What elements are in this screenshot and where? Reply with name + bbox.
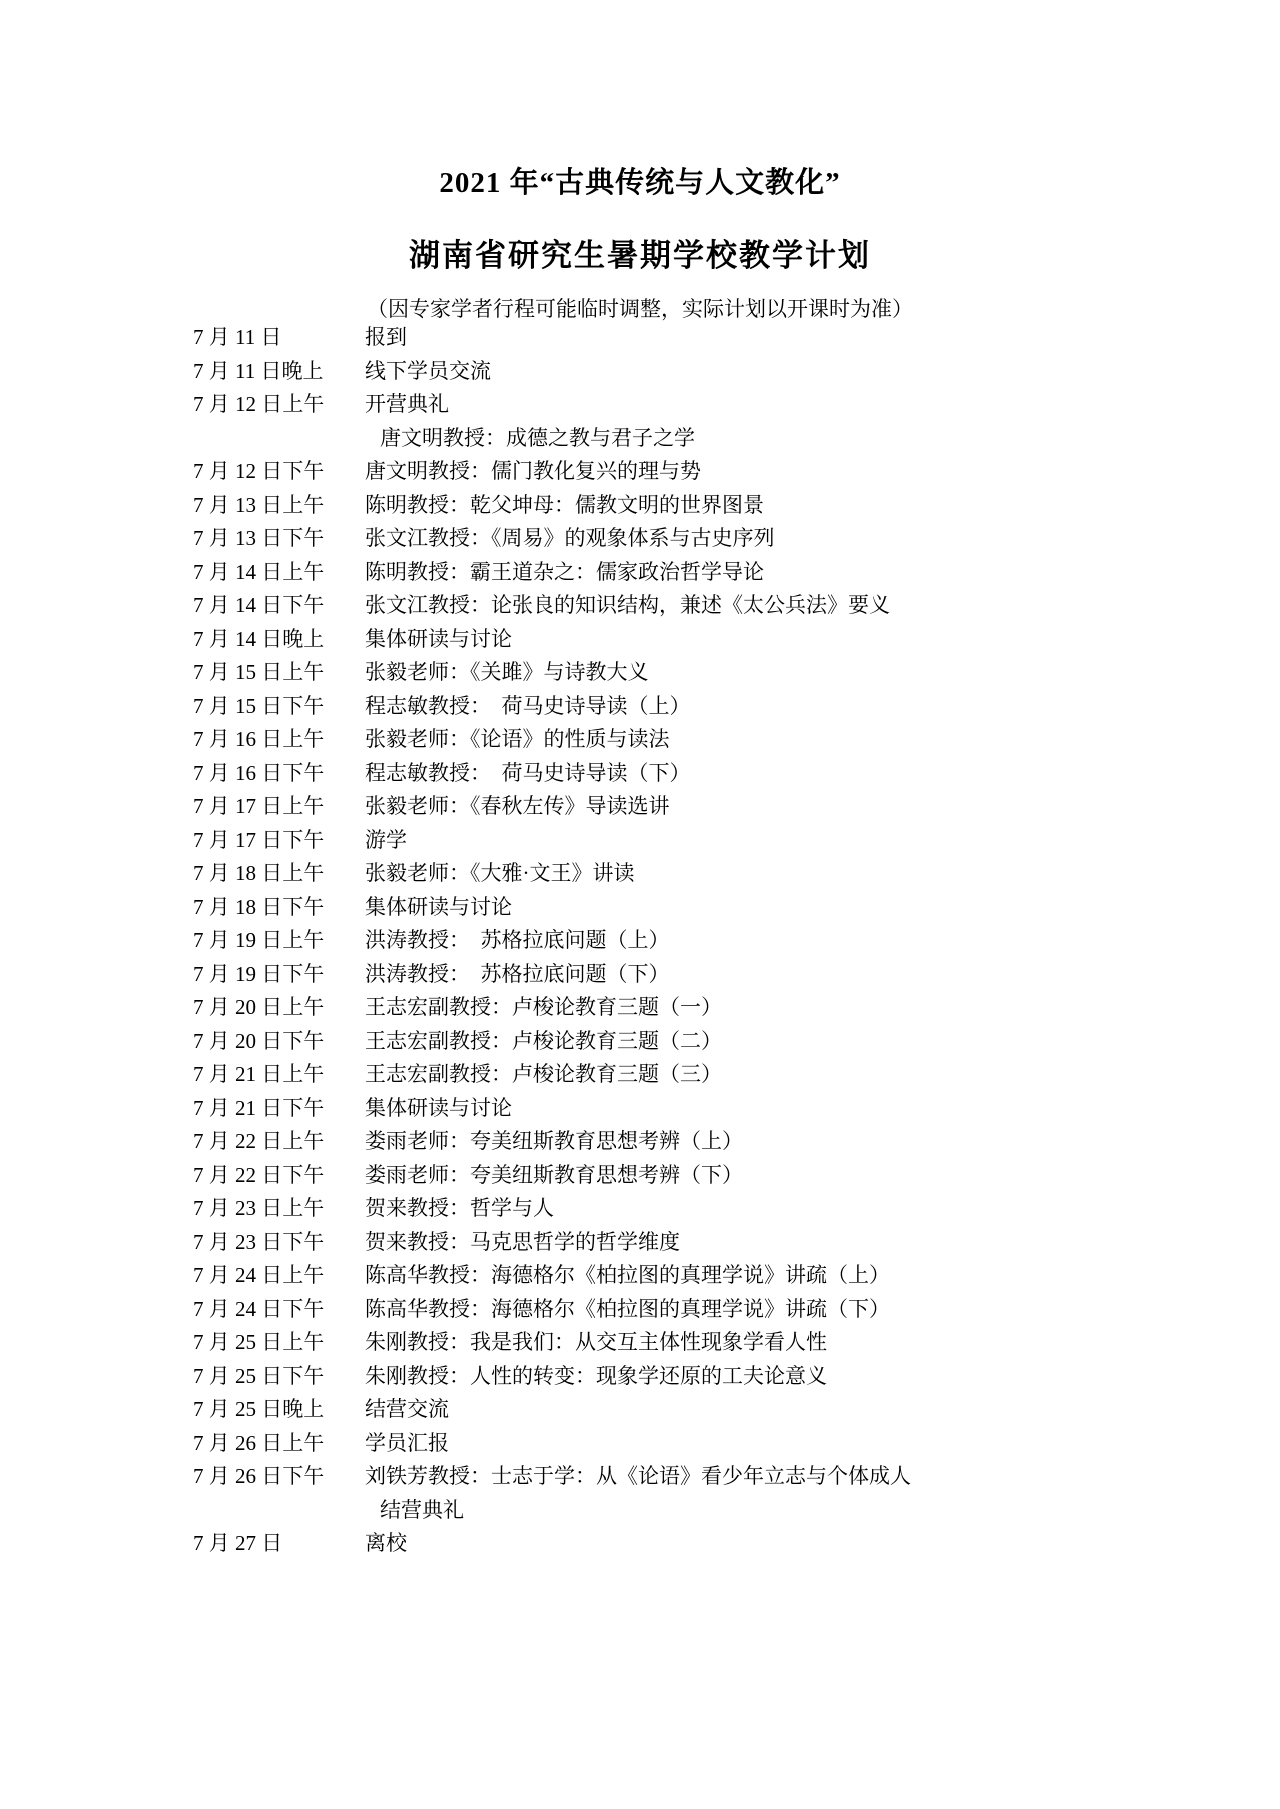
row-date [193,422,365,456]
row-date: 7 月 13 日上午 [193,489,365,523]
row-date: 7 月 22 日上午 [193,1125,365,1159]
row-date: 7 月 11 日晚上 [193,355,365,389]
row-activity: 唐文明教授：成德之教与君子之学 [365,422,695,456]
row-activity: 唐文明教授：儒门教化复兴的理与势 [365,455,701,489]
row-activity: 开营典礼 [365,388,449,422]
row-date: 7 月 16 日上午 [193,723,365,757]
row-date: 7 月 11 日 [193,321,365,355]
schedule-row: 7 月 25 日晚上结营交流 [0,1393,1280,1427]
row-date: 7 月 18 日下午 [193,891,365,925]
row-date: 7 月 21 日上午 [193,1058,365,1092]
row-date: 7 月 26 日上午 [193,1427,365,1461]
row-date: 7 月 15 日上午 [193,656,365,690]
row-date: 7 月 23 日上午 [193,1192,365,1226]
row-date: 7 月 18 日上午 [193,857,365,891]
row-activity: 游学 [365,824,407,858]
schedule-row: 7 月 22 日下午娄雨老师：夸美纽斯教育思想考辨（下） [0,1159,1280,1193]
row-date: 7 月 27 日 [193,1527,365,1561]
row-date: 7 月 25 日下午 [193,1360,365,1394]
schedule-row: 7 月 19 日下午洪涛教授： 苏格拉底问题（下） [0,958,1280,992]
row-activity: 朱刚教授：人性的转变：现象学还原的工夫论意义 [365,1360,827,1394]
schedule-row: 7 月 25 日下午朱刚教授：人性的转变：现象学还原的工夫论意义 [0,1360,1280,1394]
row-activity: 张文江教授：论张良的知识结构，兼述《太公兵法》要义 [365,589,890,623]
row-date: 7 月 14 日上午 [193,556,365,590]
schedule-row: 7 月 11 日晚上线下学员交流 [0,355,1280,389]
row-activity: 离校 [365,1527,407,1561]
schedule-row: 7 月 17 日上午张毅老师：《春秋左传》导读选讲 [0,790,1280,824]
row-activity: 张毅老师：《关雎》与诗教大义 [365,656,649,690]
row-date: 7 月 25 日上午 [193,1326,365,1360]
row-date: 7 月 17 日上午 [193,790,365,824]
schedule-row: 7 月 24 日上午陈高华教授：海德格尔《柏拉图的真理学说》讲疏（上） [0,1259,1280,1293]
row-activity: 程志敏教授： 荷马史诗导读（下） [365,757,691,791]
schedule-row: 7 月 20 日上午王志宏副教授：卢梭论教育三题（一） [0,991,1280,1025]
schedule-row: 7 月 13 日下午张文江教授：《周易》的观象体系与古史序列 [0,522,1280,556]
row-activity: 结营典礼 [365,1494,464,1528]
row-date: 7 月 17 日下午 [193,824,365,858]
row-date: 7 月 22 日下午 [193,1159,365,1193]
schedule-row: 7 月 25 日上午朱刚教授：我是我们：从交互主体性现象学看人性 [0,1326,1280,1360]
schedule-row: 唐文明教授：成德之教与君子之学 [0,422,1280,456]
schedule-row: 7 月 26 日下午刘铁芳教授：士志于学：从《论语》看少年立志与个体成人 [0,1460,1280,1494]
row-activity: 张毅老师：《论语》的性质与读法 [365,723,670,757]
schedule-row: 7 月 14 日晚上集体研读与讨论 [0,623,1280,657]
row-date: 7 月 14 日晚上 [193,623,365,657]
row-activity: 集体研读与讨论 [365,891,512,925]
row-date: 7 月 24 日下午 [193,1293,365,1327]
page-title: 2021 年“古典传统与人文教化” [0,160,1280,201]
document-page: 2021 年“古典传统与人文教化” 湖南省研究生暑期学校教学计划 （因专家学者行… [0,0,1280,1809]
row-activity: 刘铁芳教授：士志于学：从《论语》看少年立志与个体成人 [365,1460,911,1494]
schedule-row: 7 月 14 日上午陈明教授：霸王道杂之：儒家政治哲学导论 [0,556,1280,590]
schedule-row: 7 月 21 日上午王志宏副教授：卢梭论教育三题（三） [0,1058,1280,1092]
row-activity: 程志敏教授： 荷马史诗导读（上） [365,690,691,724]
row-activity: 陈高华教授：海德格尔《柏拉图的真理学说》讲疏（上） [365,1259,890,1293]
schedule-row: 7 月 24 日下午陈高华教授：海德格尔《柏拉图的真理学说》讲疏（下） [0,1293,1280,1327]
row-date: 7 月 12 日下午 [193,455,365,489]
row-date: 7 月 19 日上午 [193,924,365,958]
row-date: 7 月 12 日上午 [193,388,365,422]
schedule-row: 7 月 11 日报到 [0,321,1280,355]
schedule-row: 7 月 21 日下午集体研读与讨论 [0,1092,1280,1126]
row-activity: 张文江教授：《周易》的观象体系与古史序列 [365,522,775,556]
row-date: 7 月 13 日下午 [193,522,365,556]
row-date: 7 月 25 日晚上 [193,1393,365,1427]
row-activity: 结营交流 [365,1393,449,1427]
row-activity: 张毅老师：《春秋左传》导读选讲 [365,790,670,824]
row-date: 7 月 16 日下午 [193,757,365,791]
row-date [193,1494,365,1528]
schedule-row: 7 月 12 日下午唐文明教授：儒门教化复兴的理与势 [0,455,1280,489]
schedule-row: 7 月 23 日下午贺来教授：马克思哲学的哲学维度 [0,1226,1280,1260]
schedule-row: 7 月 12 日上午开营典礼 [0,388,1280,422]
row-activity: 贺来教授：哲学与人 [365,1192,554,1226]
row-activity: 报到 [365,321,407,355]
schedule-row: 7 月 16 日下午程志敏教授： 荷马史诗导读（下） [0,757,1280,791]
row-activity: 贺来教授：马克思哲学的哲学维度 [365,1226,680,1260]
row-activity: 王志宏副教授：卢梭论教育三题（三） [365,1058,722,1092]
schedule-row: 7 月 15 日下午程志敏教授： 荷马史诗导读（上） [0,690,1280,724]
row-date: 7 月 15 日下午 [193,690,365,724]
schedule-row: 结营典礼 [0,1494,1280,1528]
schedule-list: 7 月 11 日报到7 月 11 日晚上线下学员交流7 月 12 日上午开营典礼… [0,321,1280,1561]
row-activity: 集体研读与讨论 [365,1092,512,1126]
schedule-row: 7 月 13 日上午陈明教授：乾父坤母：儒教文明的世界图景 [0,489,1280,523]
schedule-row: 7 月 16 日上午张毅老师：《论语》的性质与读法 [0,723,1280,757]
schedule-row: 7 月 23 日上午贺来教授：哲学与人 [0,1192,1280,1226]
row-activity: 娄雨老师：夸美纽斯教育思想考辨（上） [365,1125,743,1159]
row-activity: 朱刚教授：我是我们：从交互主体性现象学看人性 [365,1326,827,1360]
row-activity: 王志宏副教授：卢梭论教育三题（二） [365,1025,722,1059]
row-activity: 洪涛教授： 苏格拉底问题（上） [365,924,670,958]
schedule-row: 7 月 18 日下午集体研读与讨论 [0,891,1280,925]
row-date: 7 月 14 日下午 [193,589,365,623]
schedule-row: 7 月 19 日上午洪涛教授： 苏格拉底问题（上） [0,924,1280,958]
row-activity: 集体研读与讨论 [365,623,512,657]
row-activity: 陈明教授：霸王道杂之：儒家政治哲学导论 [365,556,764,590]
schedule-row: 7 月 26 日上午学员汇报 [0,1427,1280,1461]
schedule-disclaimer-note: （因专家学者行程可能临时调整，实际计划以开课时为准） [0,293,1280,323]
row-activity: 洪涛教授： 苏格拉底问题（下） [365,958,670,992]
row-activity: 线下学员交流 [365,355,491,389]
row-activity: 陈高华教授：海德格尔《柏拉图的真理学说》讲疏（下） [365,1293,890,1327]
row-date: 7 月 19 日下午 [193,958,365,992]
row-date: 7 月 24 日上午 [193,1259,365,1293]
row-date: 7 月 26 日下午 [193,1460,365,1494]
row-activity: 陈明教授：乾父坤母：儒教文明的世界图景 [365,489,764,523]
schedule-row: 7 月 22 日上午娄雨老师：夸美纽斯教育思想考辨（上） [0,1125,1280,1159]
row-activity: 娄雨老师：夸美纽斯教育思想考辨（下） [365,1159,743,1193]
schedule-row: 7 月 14 日下午张文江教授：论张良的知识结构，兼述《太公兵法》要义 [0,589,1280,623]
page-subtitle: 湖南省研究生暑期学校教学计划 [0,230,1280,275]
row-date: 7 月 23 日下午 [193,1226,365,1260]
row-date: 7 月 20 日下午 [193,1025,365,1059]
row-date: 7 月 20 日上午 [193,991,365,1025]
row-activity: 张毅老师：《大雅·文王》讲读 [365,857,635,891]
row-activity: 王志宏副教授：卢梭论教育三题（一） [365,991,722,1025]
schedule-row: 7 月 27 日离校 [0,1527,1280,1561]
schedule-row: 7 月 18 日上午张毅老师：《大雅·文王》讲读 [0,857,1280,891]
schedule-row: 7 月 20 日下午王志宏副教授：卢梭论教育三题（二） [0,1025,1280,1059]
row-date: 7 月 21 日下午 [193,1092,365,1126]
row-activity: 学员汇报 [365,1427,449,1461]
schedule-row: 7 月 15 日上午张毅老师：《关雎》与诗教大义 [0,656,1280,690]
schedule-row: 7 月 17 日下午游学 [0,824,1280,858]
